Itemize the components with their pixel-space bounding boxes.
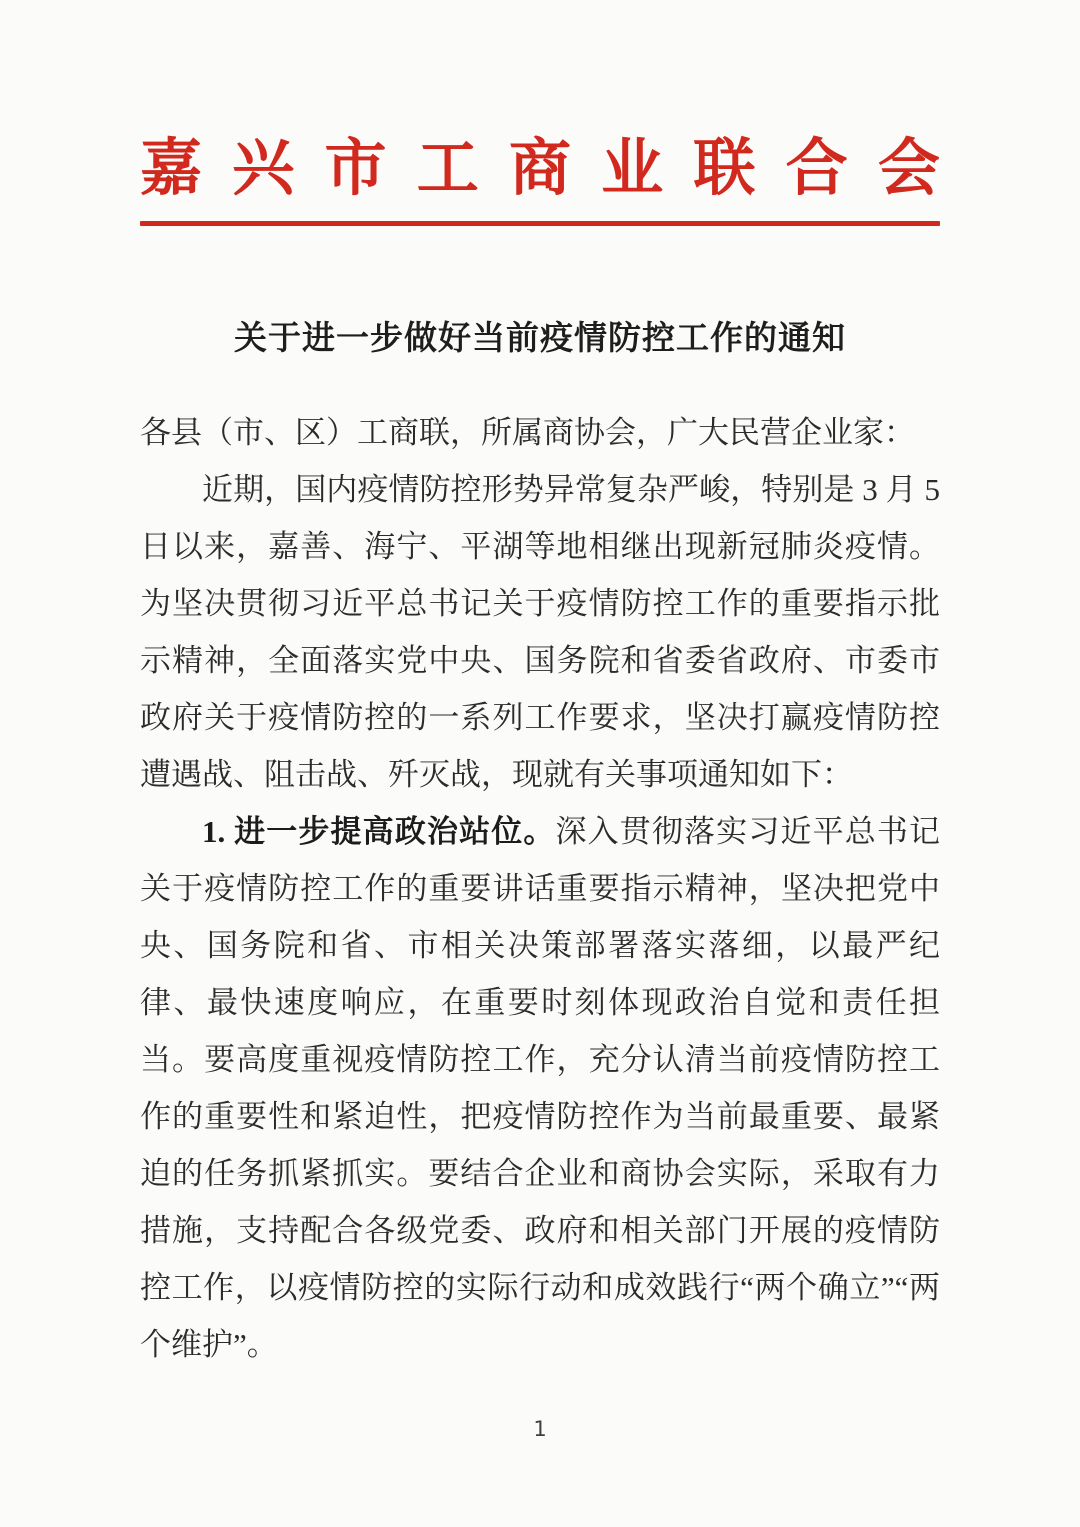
letterhead-char: 兴 bbox=[232, 138, 294, 200]
paragraph-text: 深入贯彻落实习近平总书记关于疫情防控工作的重要讲话重要指示精神，坚决把党中央、国… bbox=[140, 814, 940, 1362]
letterhead-char: 会 bbox=[878, 138, 940, 200]
body-paragraph: 1. 进一步提高政治站位。深入贯彻落实习近平总书记关于疫情防控工作的重要讲话重要… bbox=[140, 803, 940, 1373]
paragraph-lead: 1. 进一步提高政治站位。 bbox=[202, 814, 556, 849]
document-page: 嘉兴市工商业联合会 关于进一步做好当前疫情防控工作的通知 各县（市、区）工商联，… bbox=[0, 0, 1080, 1527]
body-paragraphs: 近期，国内疫情防控形势异常复杂严峻，特别是 3 月 5 日以来，嘉善、海宁、平湖… bbox=[140, 461, 940, 1373]
page-footer: 1 bbox=[0, 1417, 1080, 1441]
letterhead-char: 市 bbox=[324, 138, 386, 200]
letterhead-char: 业 bbox=[601, 138, 663, 200]
document-body: 关于进一步做好当前疫情防控工作的通知 各县（市、区）工商联，所属商协会，广大民营… bbox=[140, 318, 940, 1373]
letterhead-char: 嘉 bbox=[140, 138, 202, 200]
letterhead-char: 合 bbox=[786, 138, 848, 200]
page-number: 1 bbox=[533, 1417, 546, 1441]
letterhead-char: 工 bbox=[417, 138, 479, 200]
letterhead: 嘉兴市工商业联合会 bbox=[140, 0, 940, 226]
paragraph-text: 近期，国内疫情防控形势异常复杂严峻，特别是 3 月 5 日以来，嘉善、海宁、平湖… bbox=[140, 472, 940, 792]
salutation: 各县（市、区）工商联，所属商协会，广大民营企业家： bbox=[140, 404, 940, 461]
body-text: 各县（市、区）工商联，所属商协会，广大民营企业家： 近期，国内疫情防控形势异常复… bbox=[140, 404, 940, 1373]
letterhead-char: 联 bbox=[693, 138, 755, 200]
letterhead-rule bbox=[140, 221, 940, 226]
letterhead-char: 商 bbox=[509, 138, 571, 200]
body-paragraph: 近期，国内疫情防控形势异常复杂严峻，特别是 3 月 5 日以来，嘉善、海宁、平湖… bbox=[140, 461, 940, 803]
letterhead-title: 嘉兴市工商业联合会 bbox=[140, 138, 940, 200]
notice-title: 关于进一步做好当前疫情防控工作的通知 bbox=[140, 318, 940, 358]
